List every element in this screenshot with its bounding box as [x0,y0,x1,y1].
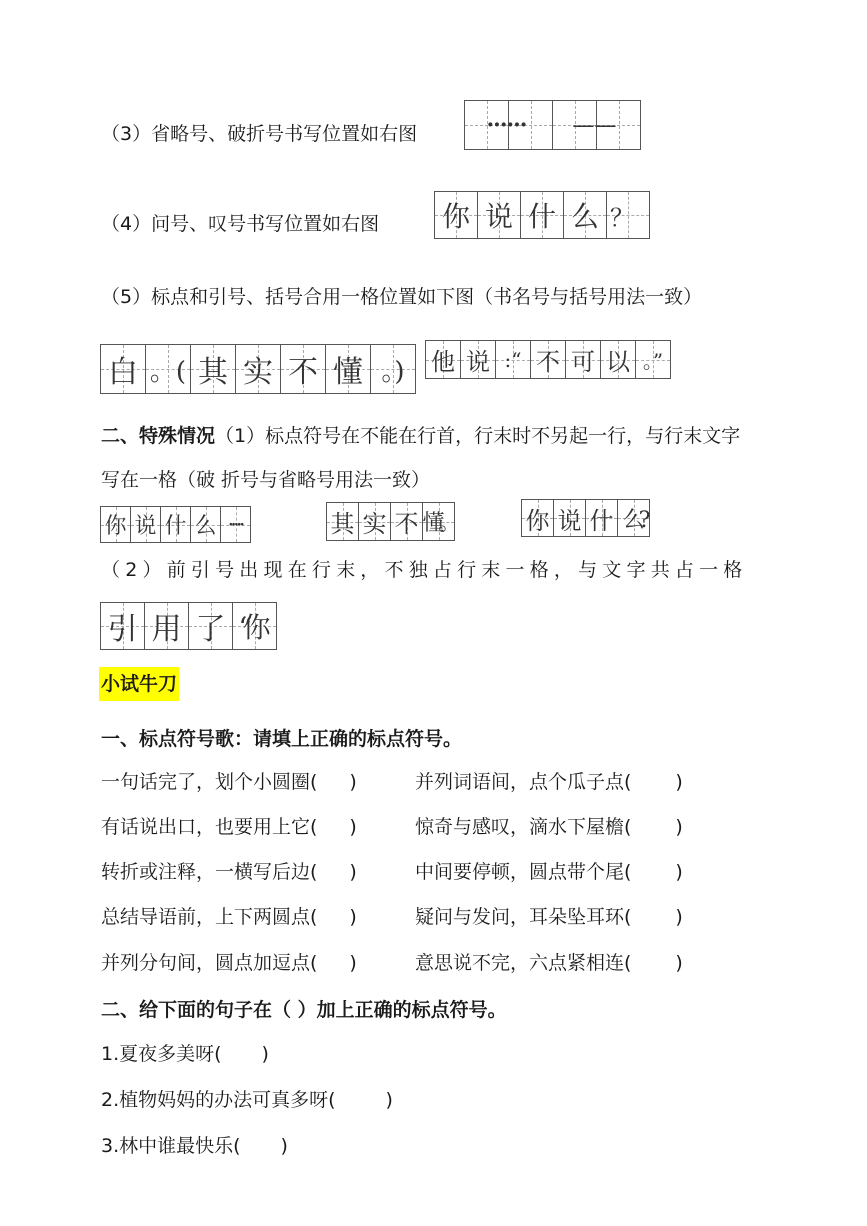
ellipsis-dash-grid: ······ —— [464,100,641,150]
grid-cell: 其 [327,503,359,540]
special-rule2: （2）前引号出现在行末，不独占行末一格，与文字共占一格 [101,558,748,582]
grid-cell: 么? [618,500,650,536]
grid-cell: 不 [391,503,423,540]
special-rule1: 二、特殊情况（1）标点符号在不能在行首，行末时不另起一行，与行末文字 [101,424,740,448]
grid-cell: ······ [465,101,509,149]
grid-cell: 你 [522,500,554,536]
rule4-text: （4）问号、叹号书写位置如右图 [101,212,379,236]
rule3-text: （3）省略号、破折号书写位置如右图 [101,122,417,146]
song-line: 惊奇与感叹，滴水下屋檐() [415,815,683,839]
grid-cell: 实 [359,503,391,540]
grid-cell: 说 [554,500,586,536]
question-grid: 你 说 什 么 ？ [434,191,650,239]
grid-cell: 用 [145,603,189,649]
sentence-2: 2.植物妈妈的办法可真多呀() [101,1088,393,1112]
q2-heading: 二、给下面的句子在（ ）加上正确的标点符号。 [101,998,507,1022]
quote-grid: 他 说 :“ 不 可 以 。” [425,340,671,379]
q1-heading: 一、标点符号歌：请填上正确的标点符号。 [101,727,462,751]
grid-cell: 其 [191,345,236,393]
grid-cell: 白 [101,345,146,393]
grid-cell: 说 [478,192,521,238]
bracket-grid: 白 。( 其 实 不 懂 。) [100,344,416,394]
grid-cell: 不 [531,341,566,378]
grid-cell: —— [553,101,597,149]
grid-cell: ？ [607,192,650,238]
grid-cell: 么 [191,507,221,542]
song-line: 中间要停顿，圆点带个尾() [415,860,683,884]
song-line: 总结导语前，上下两圆点() [101,905,357,929]
sentence-3: 3.林中谁最快乐() [101,1134,288,1158]
grid-cell: 实 [236,345,281,393]
song-line: 意思说不完，六点紧相连() [415,951,683,975]
grid-cell: ····· [221,507,251,542]
grid-cell: 懂。 [423,503,455,540]
grid-cell: 。( [146,345,191,393]
song-line: 一句话完了，划个小圆圈() [101,770,357,794]
ellipsis-end-grid: 你 说 什 么 ····· [100,506,251,543]
grid-cell: 引 [101,603,145,649]
sentence-1: 1.夏夜多美呀() [101,1042,269,1066]
song-line: 转折或注释，一横写后边() [101,860,357,884]
grid-cell: 以 [601,341,636,378]
grid-cell: 他 [426,341,461,378]
grid-cell: 什 [586,500,618,536]
practice-badge: 小试牛刀 [99,672,179,696]
grid-cell: 什 [161,507,191,542]
grid-cell: 不 [281,345,326,393]
song-line: 并列分句间，圆点加逗点() [101,951,357,975]
grid-cell: 你 [101,507,131,542]
period-end-grid: 其 实 不 懂。 [326,502,455,541]
grid-cell: 可 [566,341,601,378]
song-line: 有话说出口，也要用上它() [101,815,357,839]
grid-cell: 说 [131,507,161,542]
song-line: 疑问与发问，耳朵坠耳环() [415,905,683,929]
song-line: 并列词语间，点个瓜子点() [415,770,683,794]
grid-cell: :“ [496,341,531,378]
question-end-grid: 你 说 什 么? [521,499,650,537]
special-heading: 二、特殊情况 [101,425,215,447]
rule5-text: （5）标点和引号、括号合用一格位置如下图（书名号与括号用法一致） [101,285,702,309]
grid-cell: 你 [435,192,478,238]
grid-cell: 什 [521,192,564,238]
special-rule1-cont: 写在一格（破 折号与省略号用法一致） [101,468,430,492]
grid-cell: 么 [564,192,607,238]
grid-cell: 懂 [326,345,371,393]
grid-cell: 了 [189,603,233,649]
quote-end-grid: 引 用 了 “你 [100,602,277,650]
grid-cell: 。) [371,345,416,393]
grid-cell: 。” [636,341,671,378]
grid-cell: “你 [233,603,277,649]
grid-cell: 说 [461,341,496,378]
